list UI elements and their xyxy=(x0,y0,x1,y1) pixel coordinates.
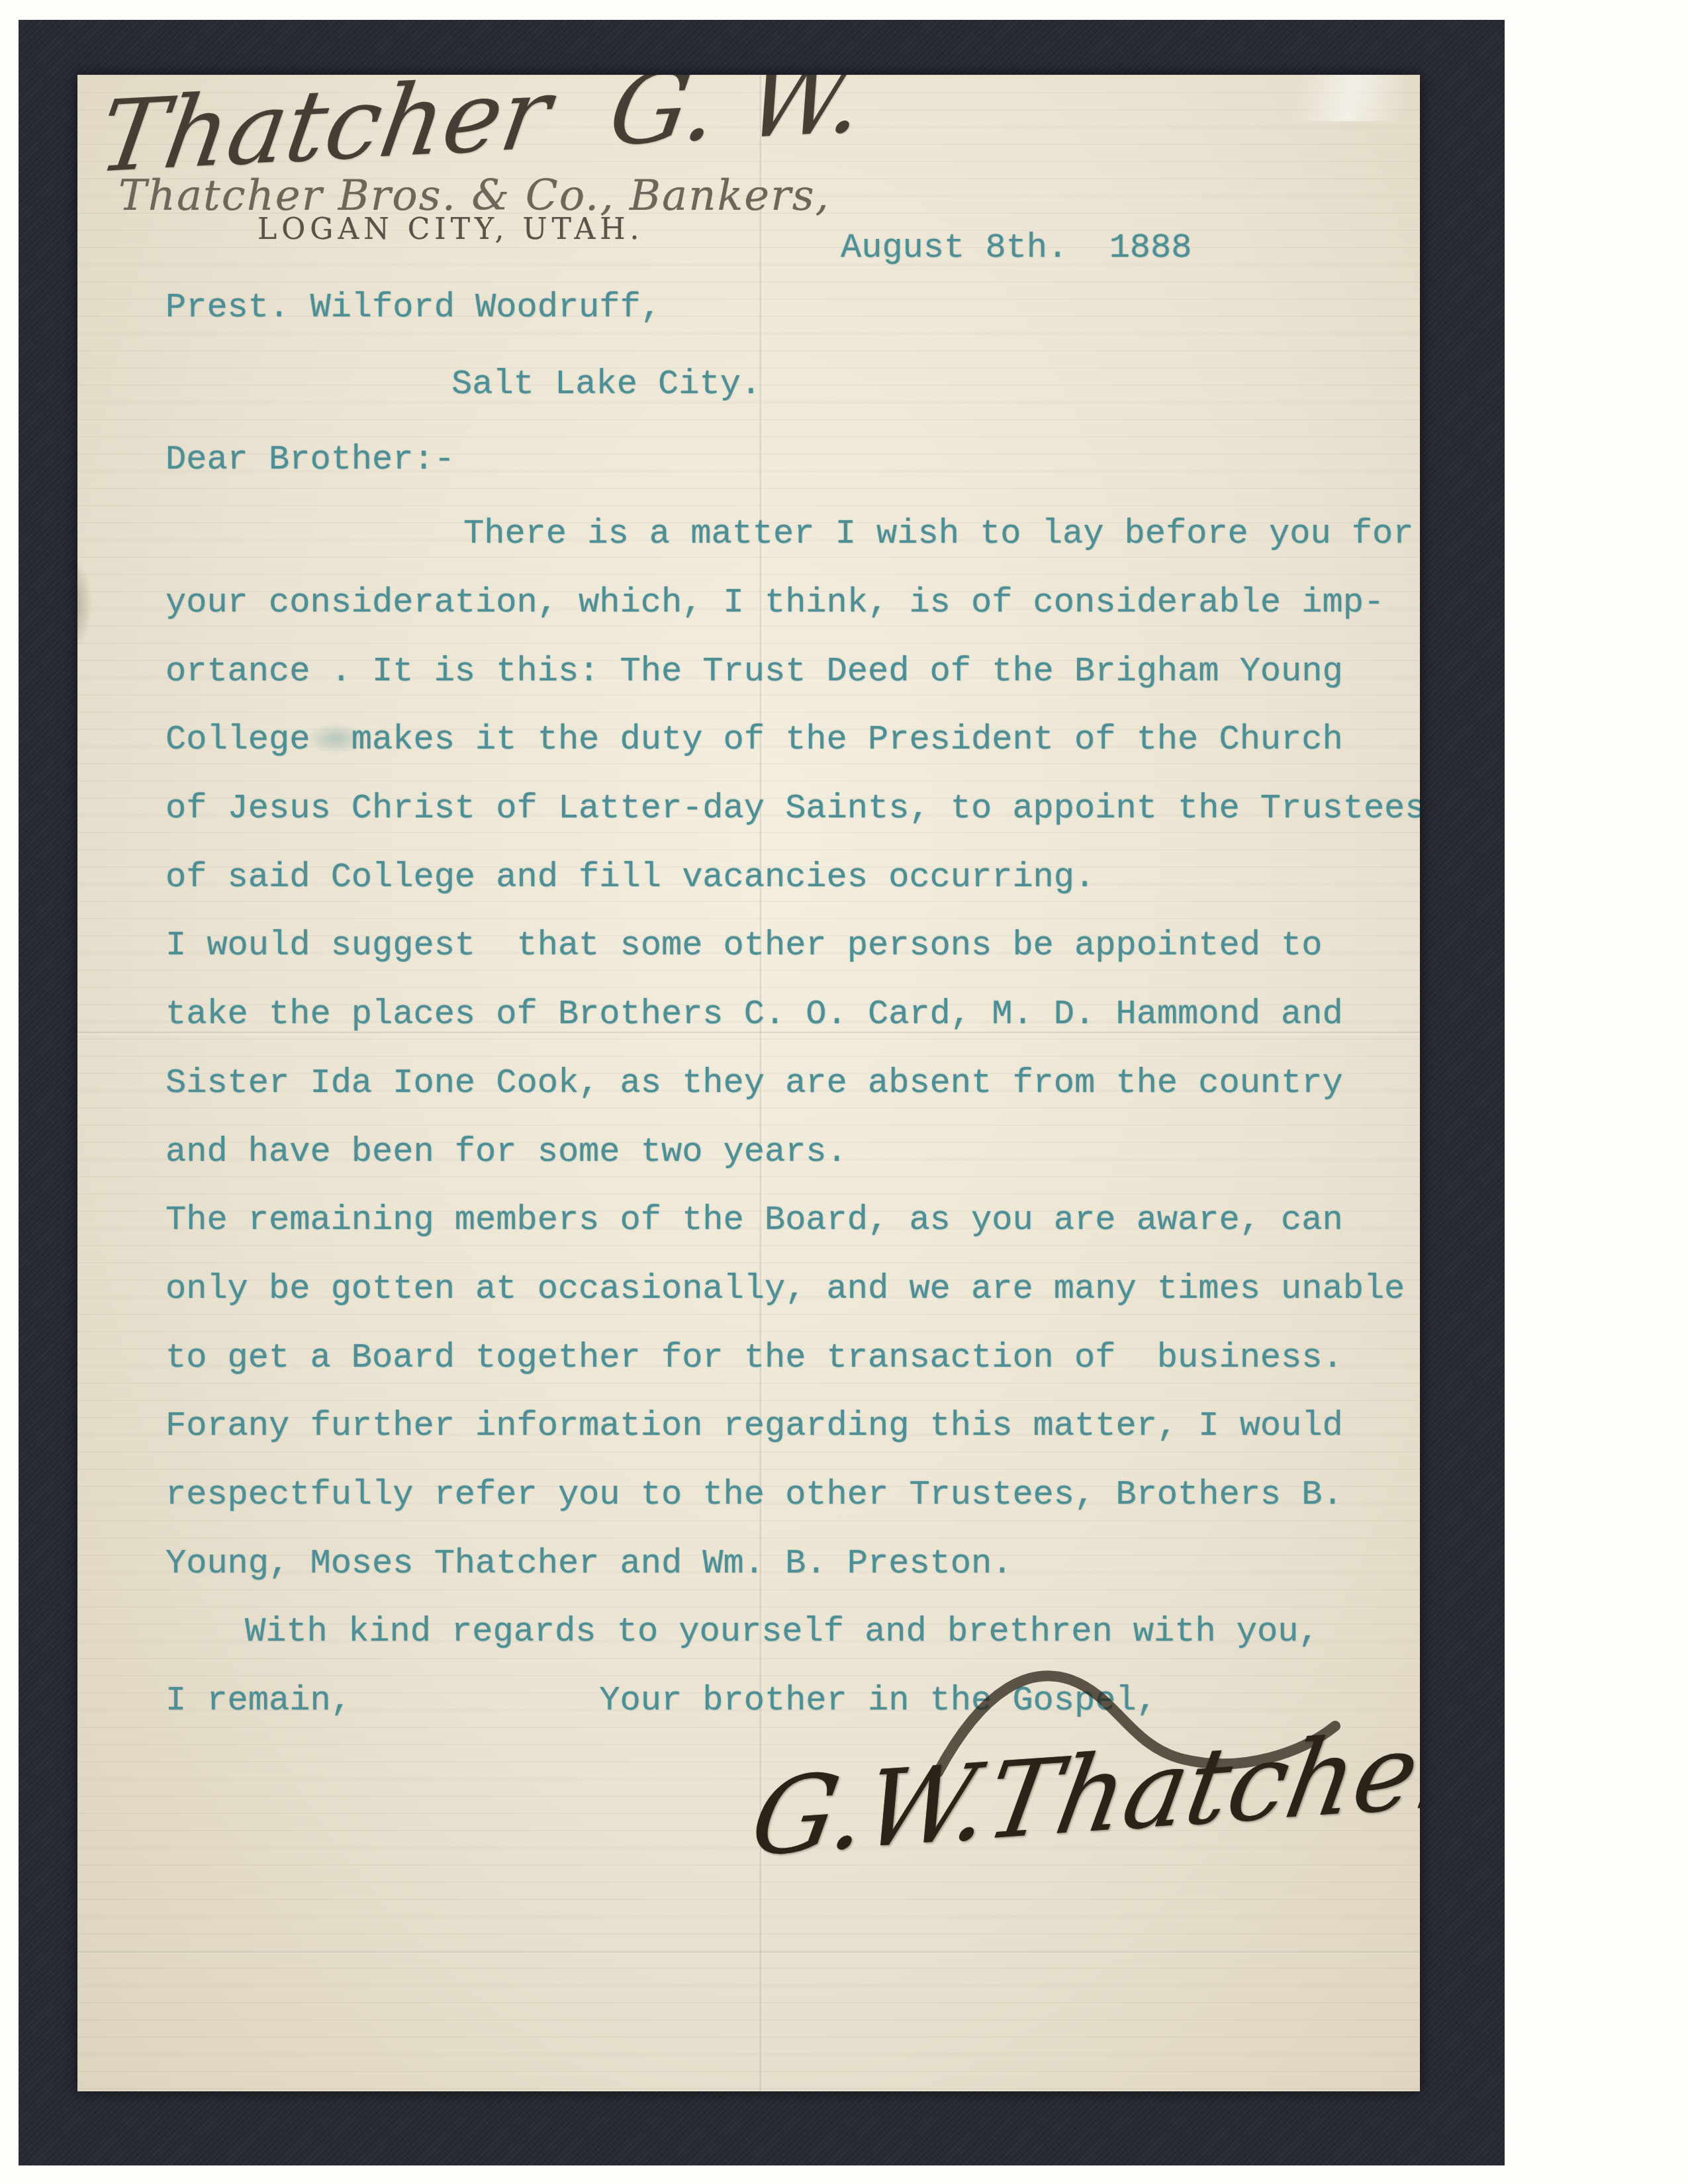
letter-line-text: only be gotten at occasionally, and we a… xyxy=(165,1269,1405,1308)
letter-body: There is a matter I wish to lay before y… xyxy=(165,500,1420,1735)
paper-edge-tear xyxy=(77,558,92,651)
letter-line: Young, Moses Thatcher and Wm. B. Preston… xyxy=(165,1529,1420,1598)
letter-line-text: of said College and fill vacancies occur… xyxy=(165,858,1095,897)
scanned-letter: Thatcher Bros. & Co., Bankers, Thatcher … xyxy=(0,0,1688,2184)
letter-line-text: ortance . It is this: The Trust Deed of … xyxy=(165,652,1343,691)
letter-line: and have been for some two years. xyxy=(165,1117,1420,1186)
letter-line-text: College makes it the duty of the Preside… xyxy=(165,720,1343,759)
letter-line: With kind regards to yourself and brethr… xyxy=(165,1598,1420,1666)
letter-line-text: There is a matter I wish to lay before y… xyxy=(463,514,1413,553)
letter-line: Sister Ida Ione Cook, as they are absent… xyxy=(165,1049,1420,1118)
letter-line-text: take the places of Brothers C. O. Card, … xyxy=(165,995,1343,1034)
letter-line-text: of Jesus Christ of Latter-day Saints, to… xyxy=(165,789,1420,828)
letter-line: ortance . It is this: The Trust Deed of … xyxy=(165,637,1420,705)
paper-corner-glare xyxy=(1243,75,1420,121)
letter-line: take the places of Brothers C. O. Card, … xyxy=(165,980,1420,1049)
letter-line: Forany further information regarding thi… xyxy=(165,1392,1420,1461)
letter-line-text: to get a Board together for the transact… xyxy=(165,1338,1343,1377)
letter-line: your consideration, which, I think, is o… xyxy=(165,569,1420,637)
recipient-name-line: Prest. Wilford Woodruff, xyxy=(165,288,661,328)
letter-date: August 8th. 1888 xyxy=(841,228,1192,268)
letter-line-text: and have been for some two years. xyxy=(165,1132,847,1171)
letter-line-text: With kind regards to yourself and brethr… xyxy=(245,1612,1319,1651)
letterhead-location: LOGAN CITY, UTAH. xyxy=(258,212,644,246)
horizontal-fold-crease-lower xyxy=(77,1951,1420,1954)
letter-line: of Jesus Christ of Latter-day Saints, to… xyxy=(165,774,1420,843)
letter-line: College makes it the duty of the Preside… xyxy=(165,705,1420,774)
letter-line-text: respectfully refer you to the other Trus… xyxy=(165,1475,1343,1514)
letter-line: respectfully refer you to the other Trus… xyxy=(165,1461,1420,1529)
letter-paper: Thatcher Bros. & Co., Bankers, Thatcher … xyxy=(77,75,1420,2091)
scan-mat-background: Thatcher Bros. & Co., Bankers, Thatcher … xyxy=(19,20,1505,2165)
letter-line: I would suggest that some other persons … xyxy=(165,911,1420,980)
letter-line-text: I would suggest that some other persons … xyxy=(165,926,1322,965)
signature-flourish xyxy=(931,1660,1342,1805)
letter-line: to get a Board together for the transact… xyxy=(165,1323,1420,1392)
salutation: Dear Brother:- xyxy=(165,440,455,480)
letter-line: of said College and fill vacancies occur… xyxy=(165,842,1420,911)
letter-line: There is a matter I wish to lay before y… xyxy=(165,500,1420,569)
letter-line-text: your consideration, which, I think, is o… xyxy=(165,583,1384,622)
letter-line-text: Forany further information regarding thi… xyxy=(165,1406,1343,1445)
letter-line-text: Sister Ida Ione Cook, as they are absent… xyxy=(165,1064,1343,1103)
letter-line-text: The remaining members of the Board, as y… xyxy=(165,1201,1343,1240)
letter-line-text: Young, Moses Thatcher and Wm. B. Preston… xyxy=(165,1544,1012,1583)
recipient-city-line: Salt Lake City. xyxy=(451,365,761,404)
letter-line: The remaining members of the Board, as y… xyxy=(165,1186,1420,1255)
letter-line: only be gotten at occasionally, and we a… xyxy=(165,1255,1420,1324)
